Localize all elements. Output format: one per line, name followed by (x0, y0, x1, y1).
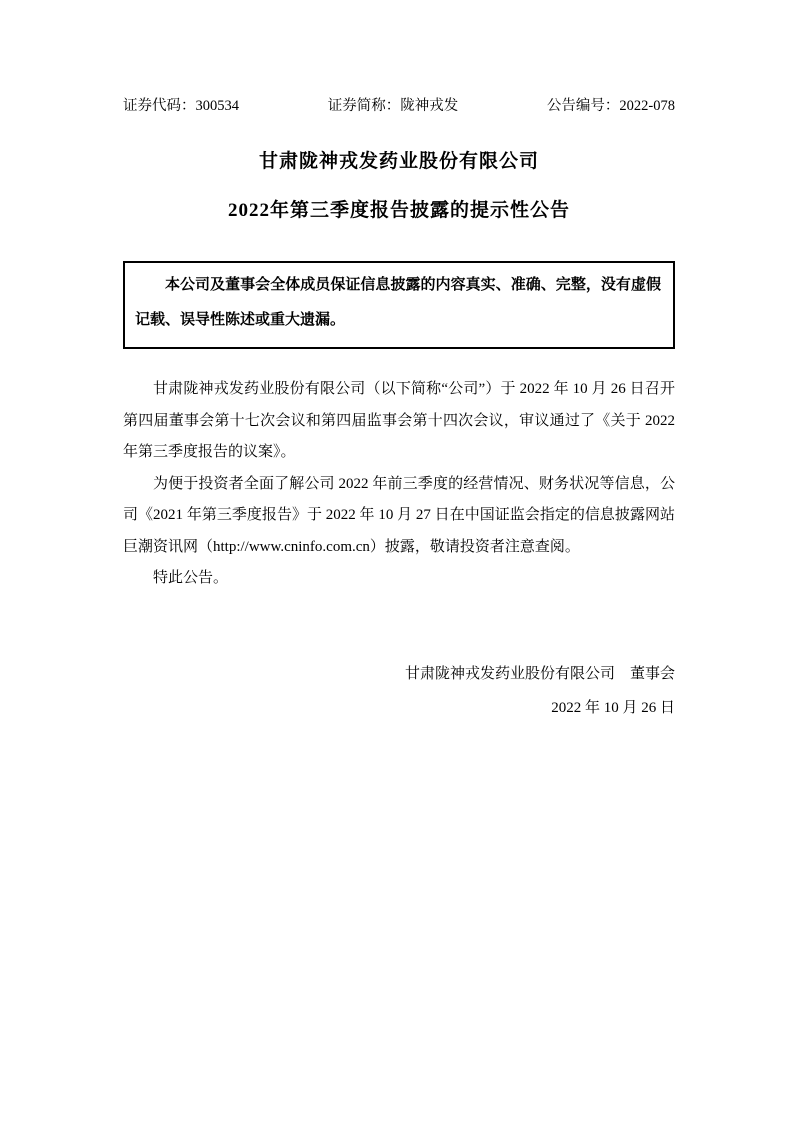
stock-short-name: 证券简称：陇神戎发 (328, 96, 459, 116)
announcement-page: 证券代码：300534 证券简称：陇神戎发 公告编号：2022-078 甘肃陇神… (0, 0, 793, 1122)
paragraph-board-meeting: 甘肃陇神戎发药业股份有限公司（以下简称“公司”）于 2022 年 10 月 26… (123, 374, 675, 469)
paragraph-disclosure-info: 为便于投资者全面了解公司 2022 年前三季度的经营情况、财务状况等信息，公司《… (123, 469, 675, 564)
body-text: 甘肃陇神戎发药业股份有限公司（以下简称“公司”）于 2022 年 10 月 26… (123, 374, 675, 595)
document-header-row: 证券代码：300534 证券简称：陇神戎发 公告编号：2022-078 (123, 96, 675, 116)
announcement-title: 2022年第三季度报告披露的提示性公告 (123, 201, 675, 221)
signature-date: 2022 年 10 月 26 日 (123, 691, 675, 725)
signature-block: 甘肃陇神戎发药业股份有限公司 董事会 2022 年 10 月 26 日 (123, 657, 675, 725)
disclaimer-box: 本公司及董事会全体成员保证信息披露的内容真实、准确、完整，没有虚假记载、误导性陈… (123, 261, 675, 349)
company-title: 甘肃陇神戎发药业股份有限公司 (123, 152, 675, 172)
announcement-number: 公告编号：2022-078 (547, 96, 675, 116)
signature-company: 甘肃陇神戎发药业股份有限公司 董事会 (123, 657, 675, 691)
paragraph-closing: 特此公告。 (123, 563, 675, 595)
stock-code: 证券代码：300534 (123, 96, 239, 116)
page-content: 证券代码：300534 证券简称：陇神戎发 公告编号：2022-078 甘肃陇神… (123, 0, 675, 725)
